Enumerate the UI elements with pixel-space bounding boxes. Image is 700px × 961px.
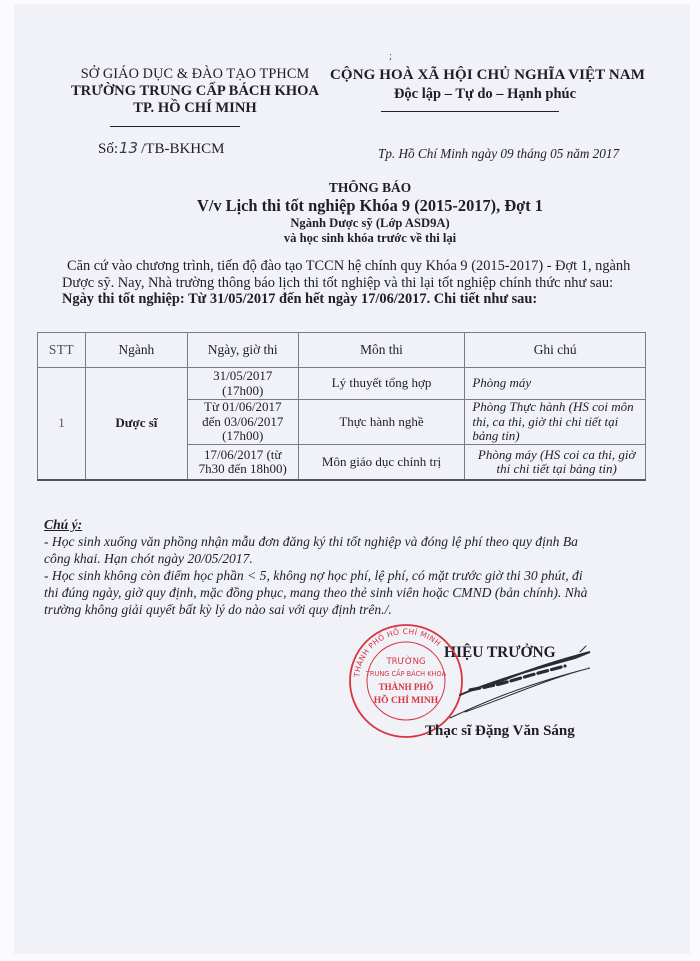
cell-note: Phòng máy <box>465 368 646 400</box>
handwritten-signature-icon <box>440 640 600 720</box>
note-line: - Học sinh không còn điểm học phần < 5, … <box>44 567 674 584</box>
datetime-line: 7h30 đến 18h00) <box>192 462 294 477</box>
notice-major: Ngành Dược sỹ (Lớp ASD9A) <box>120 216 620 231</box>
col-header-major: Ngành <box>85 333 187 368</box>
notice-heading: THÔNG BÁO <box>120 180 620 196</box>
doc-number-prefix: Số: <box>98 141 118 157</box>
body-line-2: Dược sỹ. Nay, Nhà trường thông báo lịch … <box>62 275 677 292</box>
doc-number-handwritten: 13 <box>119 139 138 157</box>
department-name: SỞ GIÁO DỤC & ĐÀO TẠO TPHCM <box>60 66 330 83</box>
table-header-row: STT Ngành Ngày, giờ thi Môn thi Ghi chú <box>38 333 646 368</box>
motto-underline <box>381 111 559 112</box>
note-line: trường không giải quyết bất kỳ lý do nào… <box>44 601 674 618</box>
cell-subject: Môn giáo dục chính trị <box>298 445 465 481</box>
notice-title-block: THÔNG BÁO V/v Lịch thi tốt nghiệp Khóa 9… <box>120 180 620 246</box>
col-header-subject: Môn thi <box>298 333 465 368</box>
signer-name: Thạc sĩ Đặng Văn Sáng <box>425 723 575 740</box>
scan-mark: ; <box>389 50 392 62</box>
body-paragraph: Căn cứ vào chương trình, tiến độ đào tạo… <box>67 258 677 308</box>
cell-datetime: 17/06/2017 (từ 7h30 đến 18h00) <box>187 445 298 481</box>
school-name: TRƯỜNG TRUNG CẤP BÁCH KHOA <box>60 83 330 100</box>
col-header-datetime: Ngày, giờ thi <box>187 333 298 368</box>
cell-note: Phòng máy (HS coi ca thi, giờ thi chi ti… <box>465 445 646 481</box>
place-date: Tp. Hồ Chí Minh ngày 09 tháng 05 năm 201… <box>378 146 619 162</box>
datetime-line: đến 03/06/2017 <box>192 415 294 430</box>
notice-retake: và học sinh khóa trước về thi lại <box>120 231 620 246</box>
cell-datetime: 31/05/2017 (17h00) <box>187 368 298 400</box>
datetime-line: 31/05/2017 <box>192 369 294 384</box>
notes-heading: Chú ý: <box>44 516 674 533</box>
national-motto: Độc lập – Tự do – Hạnh phúc <box>330 85 640 104</box>
datetime-line: 17/06/2017 (từ <box>192 448 294 463</box>
datetime-line: (17h00) <box>192 429 294 444</box>
exam-dates: Ngày thi tốt nghiệp: Từ 31/05/2017 đến h… <box>62 291 677 308</box>
cell-subject: Thực hành nghề <box>298 400 465 445</box>
notice-subject: V/v Lịch thi tốt nghiệp Khóa 9 (2015-201… <box>120 196 620 216</box>
document-number: Số:13/TB-BKHCM <box>98 139 224 158</box>
datetime-line: Từ 01/06/2017 <box>192 400 294 415</box>
doc-number-suffix: /TB-BKHCM <box>141 141 224 157</box>
cell-subject: Lý thuyết tổng hợp <box>298 368 465 400</box>
col-header-note: Ghi chú <box>465 333 646 368</box>
note-line: - Học sinh xuống văn phồng nhận mẫu đơn … <box>44 533 674 550</box>
note-line: thi đúng ngày, giờ quy định, mặc đồng ph… <box>44 584 674 601</box>
cell-major: Dược sĩ <box>85 368 187 481</box>
table-row: 1 Dược sĩ 31/05/2017 (17h00) Lý thuyết t… <box>38 368 646 400</box>
col-header-stt: STT <box>38 333 86 368</box>
svg-text:HỒ CHÍ MINH: HỒ CHÍ MINH <box>374 693 439 706</box>
national-header: CỘNG HOÀ XÃ HỘI CHỦ NGHĨA VIỆT NAM Độc l… <box>330 66 640 104</box>
notes-section: Chú ý: - Học sinh xuống văn phồng nhận m… <box>44 516 674 618</box>
issuer-underline <box>110 126 240 127</box>
note-line: công khai. Hạn chót ngày 20/05/2017. <box>44 550 674 567</box>
cell-note: Phòng Thực hành (HS coi môn thi, ca thi,… <box>465 400 646 445</box>
cell-stt: 1 <box>38 368 86 481</box>
country-name: CỘNG HOÀ XÃ HỘI CHỦ NGHĨA VIỆT NAM <box>330 66 640 85</box>
exam-schedule-table: STT Ngành Ngày, giờ thi Môn thi Ghi chú … <box>37 332 646 481</box>
svg-text:TRƯỜNG: TRƯỜNG <box>385 655 425 667</box>
school-city: TP. HỒ CHÍ MINH <box>60 100 330 117</box>
cell-datetime: Từ 01/06/2017 đến 03/06/2017 (17h00) <box>187 400 298 445</box>
body-line-1: Căn cứ vào chương trình, tiến độ đào tạo… <box>67 258 677 275</box>
issuer-block: SỞ GIÁO DỤC & ĐÀO TẠO TPHCM TRƯỜNG TRUNG… <box>60 66 330 117</box>
svg-text:TRUNG CẤP BÁCH KHOA: TRUNG CẤP BÁCH KHOA <box>365 668 447 678</box>
svg-text:THÀNH PHỐ: THÀNH PHỐ <box>379 682 434 692</box>
datetime-line: (17h00) <box>192 384 294 399</box>
